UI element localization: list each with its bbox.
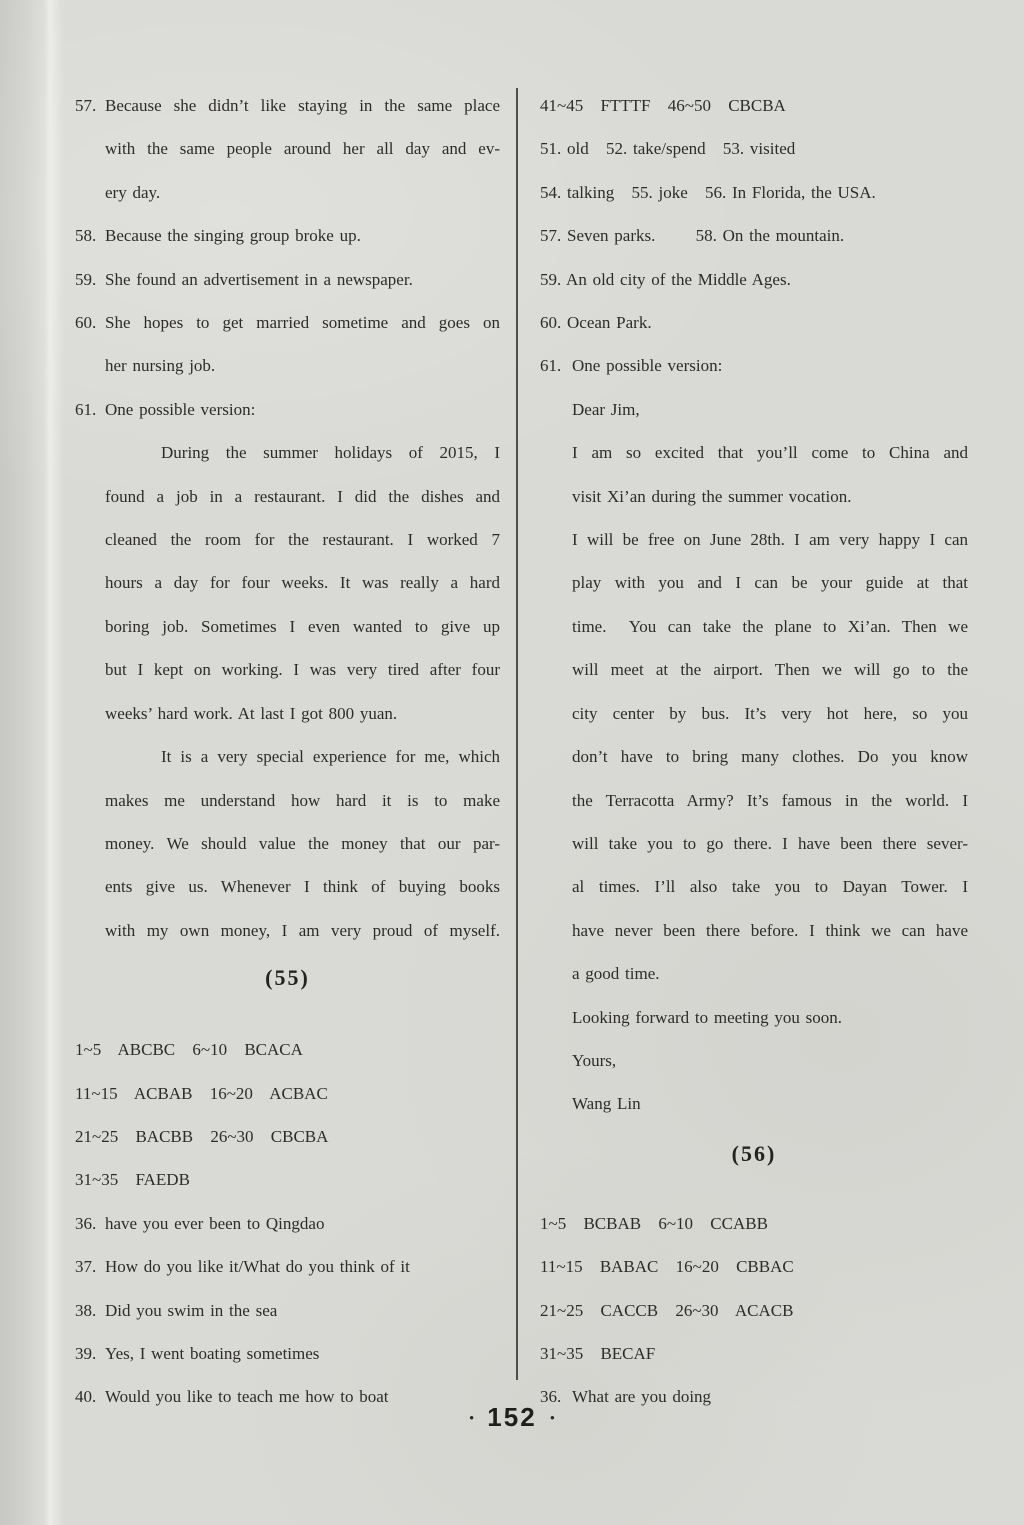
answer-key-row: 31~35 BECAF (540, 1332, 968, 1375)
letter-line: city center by bus. It’s very hot here, … (572, 692, 968, 735)
answer-key-row: 1~5 BCBAB 6~10 CCABB (540, 1202, 968, 1245)
answer-item-59: 59. An old city of the Middle Ages. (540, 258, 968, 301)
answer-item-59: 59.She found an advertisement in a newsp… (75, 258, 500, 301)
answer-line: 57.Because she didn’t like staying in th… (75, 84, 500, 127)
item-number: 36. (75, 1202, 105, 1245)
answer-text: She hopes to get married sometime and go… (105, 313, 500, 332)
answer-item-61: 61.One possible version: (540, 344, 968, 387)
item-number: 39. (75, 1332, 105, 1375)
item-number: 57. (75, 84, 105, 127)
answer-row-54-56: 54. talking 55. joke 56. In Florida, the… (540, 171, 968, 214)
answer-line: ery day. (75, 171, 500, 214)
item-number: 60. (75, 301, 105, 344)
answer-row-57-58: 57. Seven parks. 58. On the mountain. (540, 214, 968, 257)
answer-text: have you ever been to Qingdao (105, 1214, 324, 1233)
letter-line: Looking forward to meeting you soon. (572, 996, 968, 1039)
essay-paragraph-2: It is a very special experience for me, … (75, 735, 500, 952)
letter-line: time. You can take the plane to Xi’an. T… (572, 605, 968, 648)
letter-line: a good time. (572, 952, 968, 995)
letter-line: the Terracotta Army? It’s famous in the … (572, 779, 968, 822)
letter-line: don’t have to bring many clothes. Do you… (572, 735, 968, 778)
item-number: 59. (75, 258, 105, 301)
essay-line: but I kept on working. I was very tired … (105, 648, 500, 691)
essay-line: makes me understand how hard it is to ma… (105, 779, 500, 822)
letter-line: will take you to go there. I have been t… (572, 822, 968, 865)
item-number: 38. (75, 1289, 105, 1332)
essay-line: During the summer holidays of 2015, I (105, 431, 500, 474)
item-number: 61. (75, 388, 105, 431)
answer-key-row: 11~15 ACBAB 16~20 ACBAC (75, 1072, 500, 1115)
letter-line: have never been there before. I think we… (572, 909, 968, 952)
answer-text: How do you like it/What do you think of … (105, 1257, 410, 1276)
item-number: 37. (75, 1245, 105, 1288)
sample-letter: Dear Jim, I am so excited that you’ll co… (540, 388, 968, 1126)
page-number: 152 (487, 1402, 536, 1432)
section-heading-56: (56) (540, 1134, 968, 1174)
answer-text: Because she didn’t like staying in the s… (105, 96, 500, 115)
letter-signoff: Yours, (572, 1039, 968, 1082)
answer-line: 60.She hopes to get married sometime and… (75, 301, 500, 344)
item-number: 58. (75, 214, 105, 257)
answer-key-row: 21~25 CACCB 26~30 ACACB (540, 1289, 968, 1332)
footer-left-dot: • (469, 1411, 474, 1427)
answer-line: with the same people around her all day … (75, 127, 500, 170)
letter-signature: Wang Lin (572, 1082, 968, 1125)
answer-item-36: 36.have you ever been to Qingdao (75, 1202, 500, 1245)
answer-item-57: 57.Because she didn’t like staying in th… (75, 84, 500, 214)
answer-item-61: 61.One possible version: (75, 388, 500, 431)
essay-line: ents give us. Whenever I think of buying… (105, 865, 500, 908)
answer-item-37: 37.How do you like it/What do you think … (75, 1245, 500, 1288)
essay-line: found a job in a restaurant. I did the d… (105, 475, 500, 518)
letter-line: visit Xi’an during the summer vocation. (572, 475, 968, 518)
essay-line: money. We should value the money that ou… (105, 822, 500, 865)
item-number: 61. (540, 344, 572, 387)
answer-text: Did you swim in the sea (105, 1301, 277, 1320)
essay-line: hours a day for four weeks. It was reall… (105, 561, 500, 604)
answer-text: Because the singing group broke up. (105, 226, 361, 245)
answer-item-60: 60.She hopes to get married sometime and… (75, 301, 500, 388)
footer-right-dot: • (550, 1411, 555, 1427)
answer-text: Yes, I went boating sometimes (105, 1344, 319, 1363)
answer-key-row: 1~5 ABCBC 6~10 BCACA (75, 1028, 500, 1071)
letter-line: I am so excited that you’ll come to Chin… (572, 431, 968, 474)
answer-text: She found an advertisement in a newspape… (105, 270, 413, 289)
answer-row-51-53: 51. old 52. take/spend 53. visited (540, 127, 968, 170)
answer-key-row: 11~15 BABAC 16~20 CBBAC (540, 1245, 968, 1288)
letter-line: Dear Jim, (572, 388, 968, 431)
left-column: 57.Because she didn’t like staying in th… (75, 84, 500, 1419)
essay-line: boring job. Sometimes I even wanted to g… (105, 605, 500, 648)
answer-item-58: 58.Because the singing group broke up. (75, 214, 500, 257)
essay-line: with my own money, I am very proud of my… (105, 909, 500, 952)
essay-line: It is a very special experience for me, … (105, 735, 500, 778)
right-column: 41~45 FTTTF 46~50 CBCBA 51. old 52. take… (540, 84, 968, 1419)
answer-key-row: 31~35 FAEDB (75, 1158, 500, 1201)
essay-paragraph-1: During the summer holidays of 2015, I fo… (75, 431, 500, 735)
letter-line: will meet at the airport. Then we will g… (572, 648, 968, 691)
answer-key-row: 21~25 BACBB 26~30 CBCBA (75, 1115, 500, 1158)
page-footer: •152• (0, 1402, 1024, 1433)
letter-line: I will be free on June 28th. I am very h… (572, 518, 968, 561)
answer-text: One possible version: (572, 356, 722, 375)
answer-key-row: 41~45 FTTTF 46~50 CBCBA (540, 84, 968, 127)
answer-item-39: 39.Yes, I went boating sometimes (75, 1332, 500, 1375)
answer-text: One possible version: (105, 400, 255, 419)
letter-line: play with you and I can be your guide at… (572, 561, 968, 604)
column-divider (516, 88, 518, 1380)
answer-item-38: 38.Did you swim in the sea (75, 1289, 500, 1332)
scanned-answer-page: 57.Because she didn’t like staying in th… (0, 0, 1024, 1525)
answer-line: her nursing job. (75, 344, 500, 387)
answer-item-60: 60. Ocean Park. (540, 301, 968, 344)
section-heading-55: (55) (75, 958, 500, 998)
letter-line: al times. I’ll also take you to Dayan To… (572, 865, 968, 908)
essay-line: cleaned the room for the restaurant. I w… (105, 518, 500, 561)
essay-line: weeks’ hard work. At last I got 800 yuan… (105, 692, 500, 735)
